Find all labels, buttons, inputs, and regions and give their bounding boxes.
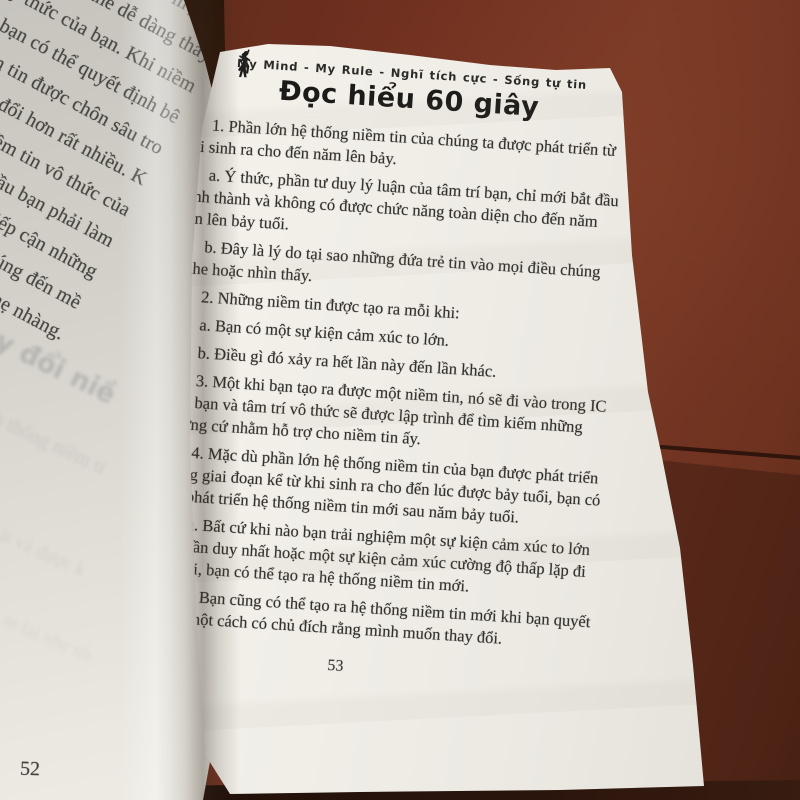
photo-vignette xyxy=(0,0,800,800)
photo-open-book: ay th anh một cái đó có thể dễ dàng thay… xyxy=(0,0,800,800)
